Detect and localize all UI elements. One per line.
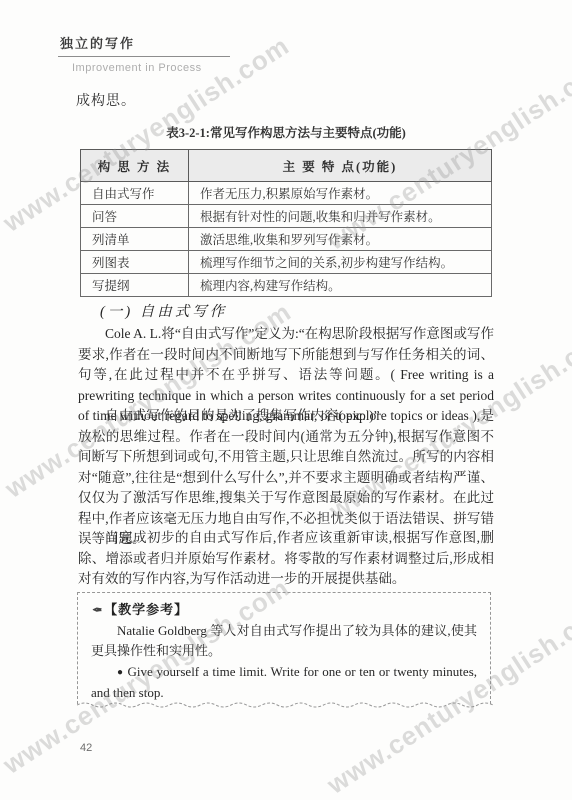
table-header-row: 构 思 方 法 主 要 特 点(功能) [81, 150, 492, 182]
page-number: 42 [80, 742, 92, 754]
table-cell: 激活思维,收集和罗列写作素材。 [189, 228, 492, 251]
teaching-box-body: Natalie Goldberg 等人对自由式写作提出了较为具体的建议,使其更具… [91, 621, 477, 661]
bullet-icon: ● [117, 667, 124, 678]
table-row: 列图表梳理写作细节之间的关系,初步构建写作结构。 [81, 251, 492, 274]
table-body: 自由式写作作者无压力,积累原始写作素材。问答根据有针对性的问题,收集和归并写作素… [81, 182, 492, 297]
table-row: 写提纲梳理内容,构建写作结构。 [81, 274, 492, 297]
table-cell: 梳理写作细节之间的关系,初步构建写作结构。 [189, 251, 492, 274]
table-caption: 表3-2-1:常见写作构思方法与主要特点(功能) [0, 123, 572, 141]
book-page: www.centuryenglish.com www.centuryenglis… [0, 0, 572, 800]
paragraph: 当完成初步的自由式写作后,作者应该重新审读,根据写作意图,删除、增添或者归并原始… [78, 528, 494, 590]
running-head-rule [58, 56, 230, 57]
table-cell: 自由式写作 [81, 182, 189, 205]
col-header-method: 构 思 方 法 [81, 150, 189, 182]
table-row: 自由式写作作者无压力,积累原始写作素材。 [81, 182, 492, 205]
teaching-box-title: ✒【教学参考】 [91, 599, 477, 618]
table-row: 问答根据有针对性的问题,收集和归并写作素材。 [81, 205, 492, 228]
idea-methods-table: 构 思 方 法 主 要 特 点(功能) 自由式写作作者无压力,积累原始写作素材。… [80, 149, 492, 297]
table-row: 列清单激活思维,收集和罗列写作素材。 [81, 228, 492, 251]
bullet-text: Give yourself a time limit. Write for on… [91, 664, 477, 700]
pen-icon: ✒ [91, 603, 102, 618]
running-head-subtitle: Improvement in Process [72, 62, 202, 74]
table-cell: 列清单 [81, 228, 189, 251]
section-heading: (一) 自由式写作 [100, 300, 227, 321]
torn-edge-decoration [77, 700, 493, 709]
teaching-box-title-text: 【教学参考】 [104, 602, 188, 617]
table-cell: 作者无压力,积累原始写作素材。 [189, 182, 492, 205]
table-cell: 根据有针对性的问题,收集和归并写作素材。 [189, 205, 492, 228]
table-cell: 梳理内容,构建写作结构。 [189, 274, 492, 297]
table-cell: 写提纲 [81, 274, 189, 297]
running-head-title: 独立的写作 [60, 33, 135, 52]
table-cell: 列图表 [81, 251, 189, 274]
col-header-feature: 主 要 特 点(功能) [189, 150, 492, 182]
teaching-reference-box: ✒【教学参考】 Natalie Goldberg 等人对自由式写作提出了较为具体… [77, 592, 491, 704]
table-cell: 问答 [81, 205, 189, 228]
teaching-box-bullet-item: ●Give yourself a time limit. Write for o… [91, 662, 477, 703]
intro-line: 成构思。 [76, 90, 136, 110]
